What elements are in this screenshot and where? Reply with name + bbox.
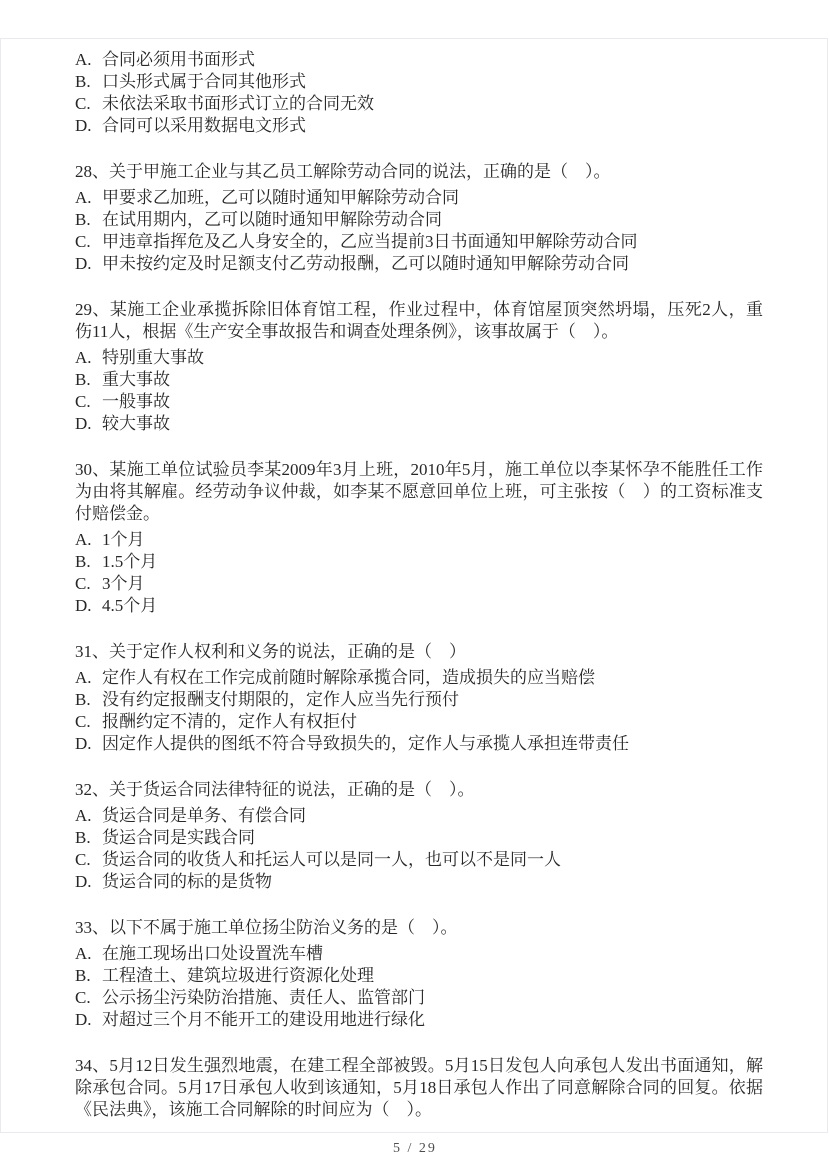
- option-row: A.1个月: [75, 529, 763, 551]
- option-row: D.因定作人提供的图纸不符合导致损失的，定作人与承揽人承担连带责任: [75, 733, 763, 755]
- question-title: 以下不属于施工单位扬尘防治义务的是（ ）。: [109, 918, 458, 937]
- option-letter: B.: [75, 689, 102, 711]
- option-text: 较大事故: [102, 414, 170, 433]
- option-letter: D.: [75, 595, 102, 617]
- option-row: B.货运合同是实践合同: [75, 827, 763, 849]
- option-text: 特别重大事故: [102, 348, 204, 367]
- option-letter: D.: [75, 115, 102, 137]
- question-block: 29、某施工企业承揽拆除旧体育馆工程，作业过程中，体育馆屋顶突然坍塌，压死2人，…: [75, 299, 763, 435]
- option-row: C.未依法采取书面形式订立的合同无效: [75, 93, 763, 115]
- option-text: 报酬约定不清的，定作人有权拒付: [102, 712, 357, 731]
- question-block: 34、5月12日发生强烈地震，在建工程全部被毁。5月15日发包人向承包人发出书面…: [75, 1055, 763, 1121]
- question-number: 29、: [75, 300, 110, 319]
- option-row: A.合同必须用书面形式: [75, 49, 763, 71]
- option-letter: A.: [75, 187, 102, 209]
- option-text: 口头形式属于合同其他形式: [102, 72, 306, 91]
- option-text: 1.5个月: [102, 552, 157, 571]
- option-text: 公示扬尘污染防治措施、责任人、监管部门: [102, 988, 425, 1007]
- option-text: 货运合同的标的是货物: [102, 872, 272, 891]
- question-text: 34、5月12日发生强烈地震，在建工程全部被毁。5月15日发包人向承包人发出书面…: [75, 1055, 763, 1121]
- option-letter: C.: [75, 987, 102, 1009]
- document-page: A.合同必须用书面形式 B.口头形式属于合同其他形式 C.未依法采取书面形式订立…: [0, 38, 828, 1133]
- options-list: A.特别重大事故 B.重大事故 C.一般事故 D.较大事故: [75, 347, 763, 435]
- option-text: 未依法采取书面形式订立的合同无效: [102, 94, 374, 113]
- option-text: 3个月: [102, 574, 145, 593]
- option-row: D.甲未按约定及时足额支付乙劳动报酬，乙可以随时通知甲解除劳动合同: [75, 253, 763, 275]
- option-row: B.工程渣土、建筑垃圾进行资源化处理: [75, 965, 763, 987]
- option-text: 1个月: [102, 530, 145, 549]
- option-letter: B.: [75, 71, 102, 93]
- option-letter: D.: [75, 413, 102, 435]
- option-row: C.公示扬尘污染防治措施、责任人、监管部门: [75, 987, 763, 1009]
- option-letter: D.: [75, 733, 102, 755]
- option-row: B.在试用期内，乙可以随时通知甲解除劳动合同: [75, 209, 763, 231]
- question-block: 32、关于货运合同法律特征的说法，正确的是（ ）。 A.货运合同是单务、有偿合同…: [75, 779, 763, 893]
- option-row: A.特别重大事故: [75, 347, 763, 369]
- option-row: B.口头形式属于合同其他形式: [75, 71, 763, 93]
- option-letter: C.: [75, 231, 102, 253]
- option-row: C.货运合同的收货人和托运人可以是同一人，也可以不是同一人: [75, 849, 763, 871]
- option-text: 定作人有权在工作完成前随时解除承揽合同，造成损失的应当赔偿: [102, 668, 595, 687]
- option-text: 4.5个月: [102, 596, 157, 615]
- option-text: 因定作人提供的图纸不符合导致损失的，定作人与承揽人承担连带责任: [102, 734, 629, 753]
- option-row: D.对超过三个月不能开工的建设用地进行绿化: [75, 1009, 763, 1031]
- options-list: A.货运合同是单务、有偿合同 B.货运合同是实践合同 C.货运合同的收货人和托运…: [75, 805, 763, 893]
- options-list: A.合同必须用书面形式 B.口头形式属于合同其他形式 C.未依法采取书面形式订立…: [75, 49, 763, 137]
- option-text: 在施工现场出口处设置洗车槽: [102, 944, 323, 963]
- option-row: C.报酬约定不清的，定作人有权拒付: [75, 711, 763, 733]
- option-letter: C.: [75, 849, 102, 871]
- option-letter: A.: [75, 347, 102, 369]
- option-text: 合同可以采用数据电文形式: [102, 116, 306, 135]
- option-text: 在试用期内，乙可以随时通知甲解除劳动合同: [102, 210, 442, 229]
- option-letter: A.: [75, 943, 102, 965]
- options-list: A.在施工现场出口处设置洗车槽 B.工程渣土、建筑垃圾进行资源化处理 C.公示扬…: [75, 943, 763, 1031]
- question-block: 30、某施工单位试验员李某2009年3月上班，2010年5月，施工单位以李某怀孕…: [75, 459, 763, 617]
- option-text: 对超过三个月不能开工的建设用地进行绿化: [102, 1010, 425, 1029]
- option-letter: B.: [75, 965, 102, 987]
- option-row: C.3个月: [75, 573, 763, 595]
- option-letter: A.: [75, 667, 102, 689]
- option-text: 一般事故: [102, 392, 170, 411]
- question-number: 32、: [75, 780, 109, 799]
- option-letter: A.: [75, 529, 102, 551]
- option-row: D.较大事故: [75, 413, 763, 435]
- question-title: 关于货运合同法律特征的说法，正确的是（ ）。: [109, 780, 475, 799]
- question-title: 5月12日发生强烈地震，在建工程全部被毁。5月15日发包人向承包人发出书面通知，…: [75, 1056, 763, 1119]
- option-row: D.货运合同的标的是货物: [75, 871, 763, 893]
- option-letter: D.: [75, 1009, 102, 1031]
- question-number: 30、: [75, 460, 109, 479]
- question-block: A.合同必须用书面形式 B.口头形式属于合同其他形式 C.未依法采取书面形式订立…: [75, 49, 763, 137]
- option-text: 甲未按约定及时足额支付乙劳动报酬，乙可以随时通知甲解除劳动合同: [102, 254, 629, 273]
- options-list: A.1个月 B.1.5个月 C.3个月 D.4.5个月: [75, 529, 763, 617]
- question-text: 31、关于定作人权利和义务的说法，正确的是（ ）: [75, 641, 763, 663]
- option-letter: C.: [75, 391, 102, 413]
- option-text: 甲要求乙加班，乙可以随时通知甲解除劳动合同: [102, 188, 459, 207]
- option-letter: C.: [75, 573, 102, 595]
- question-title: 关于定作人权利和义务的说法，正确的是（ ）: [109, 642, 466, 661]
- option-letter: B.: [75, 209, 102, 231]
- option-text: 合同必须用书面形式: [102, 50, 255, 69]
- option-text: 甲违章指挥危及乙人身安全的，乙应当提前3日书面通知甲解除劳动合同: [102, 232, 638, 251]
- options-list: A.甲要求乙加班，乙可以随时通知甲解除劳动合同 B.在试用期内，乙可以随时通知甲…: [75, 187, 763, 275]
- question-title: 某施工单位试验员李某2009年3月上班，2010年5月，施工单位以李某怀孕不能胜…: [75, 460, 763, 523]
- option-row: B.重大事故: [75, 369, 763, 391]
- option-text: 货运合同是实践合同: [102, 828, 255, 847]
- question-number: 34、: [75, 1056, 109, 1075]
- option-row: A.货运合同是单务、有偿合同: [75, 805, 763, 827]
- option-row: D.4.5个月: [75, 595, 763, 617]
- option-letter: D.: [75, 871, 102, 893]
- question-text: 32、关于货运合同法律特征的说法，正确的是（ ）。: [75, 779, 763, 801]
- option-row: B.1.5个月: [75, 551, 763, 573]
- question-title: 某施工企业承揽拆除旧体育馆工程，作业过程中，体育馆屋顶突然坍塌，压死2人，重伤1…: [75, 300, 763, 341]
- option-letter: C.: [75, 93, 102, 115]
- option-letter: B.: [75, 369, 102, 391]
- option-letter: B.: [75, 551, 102, 573]
- option-letter: C.: [75, 711, 102, 733]
- option-row: A.定作人有权在工作完成前随时解除承揽合同，造成损失的应当赔偿: [75, 667, 763, 689]
- option-letter: B.: [75, 827, 102, 849]
- option-letter: A.: [75, 805, 102, 827]
- option-row: B.没有约定报酬支付期限的，定作人应当先行预付: [75, 689, 763, 711]
- option-row: C.一般事故: [75, 391, 763, 413]
- options-list: A.定作人有权在工作完成前随时解除承揽合同，造成损失的应当赔偿 B.没有约定报酬…: [75, 667, 763, 755]
- option-row: C.甲违章指挥危及乙人身安全的，乙应当提前3日书面通知甲解除劳动合同: [75, 231, 763, 253]
- option-row: D.合同可以采用数据电文形式: [75, 115, 763, 137]
- question-text: 33、以下不属于施工单位扬尘防治义务的是（ ）。: [75, 917, 763, 939]
- question-title: 关于甲施工企业与其乙员工解除劳动合同的说法，正确的是（ ）。: [109, 162, 611, 181]
- question-number: 28、: [75, 162, 109, 181]
- page-number-indicator: 5 / 29: [0, 1141, 830, 1157]
- question-text: 28、关于甲施工企业与其乙员工解除劳动合同的说法，正确的是（ ）。: [75, 161, 763, 183]
- option-row: A.在施工现场出口处设置洗车槽: [75, 943, 763, 965]
- option-text: 工程渣土、建筑垃圾进行资源化处理: [102, 966, 374, 985]
- option-text: 货运合同是单务、有偿合同: [102, 806, 306, 825]
- option-letter: D.: [75, 253, 102, 275]
- option-letter: A.: [75, 49, 102, 71]
- question-block: 31、关于定作人权利和义务的说法，正确的是（ ） A.定作人有权在工作完成前随时…: [75, 641, 763, 755]
- option-row: A.甲要求乙加班，乙可以随时通知甲解除劳动合同: [75, 187, 763, 209]
- question-block: 33、以下不属于施工单位扬尘防治义务的是（ ）。 A.在施工现场出口处设置洗车槽…: [75, 917, 763, 1031]
- question-text: 30、某施工单位试验员李某2009年3月上班，2010年5月，施工单位以李某怀孕…: [75, 459, 763, 525]
- question-number: 33、: [75, 918, 109, 937]
- option-text: 货运合同的收货人和托运人可以是同一人，也可以不是同一人: [102, 850, 561, 869]
- question-text: 29、某施工企业承揽拆除旧体育馆工程，作业过程中，体育馆屋顶突然坍塌，压死2人，…: [75, 299, 763, 343]
- option-text: 没有约定报酬支付期限的，定作人应当先行预付: [102, 690, 459, 709]
- question-number: 31、: [75, 642, 109, 661]
- option-text: 重大事故: [102, 370, 170, 389]
- question-block: 28、关于甲施工企业与其乙员工解除劳动合同的说法，正确的是（ ）。 A.甲要求乙…: [75, 161, 763, 275]
